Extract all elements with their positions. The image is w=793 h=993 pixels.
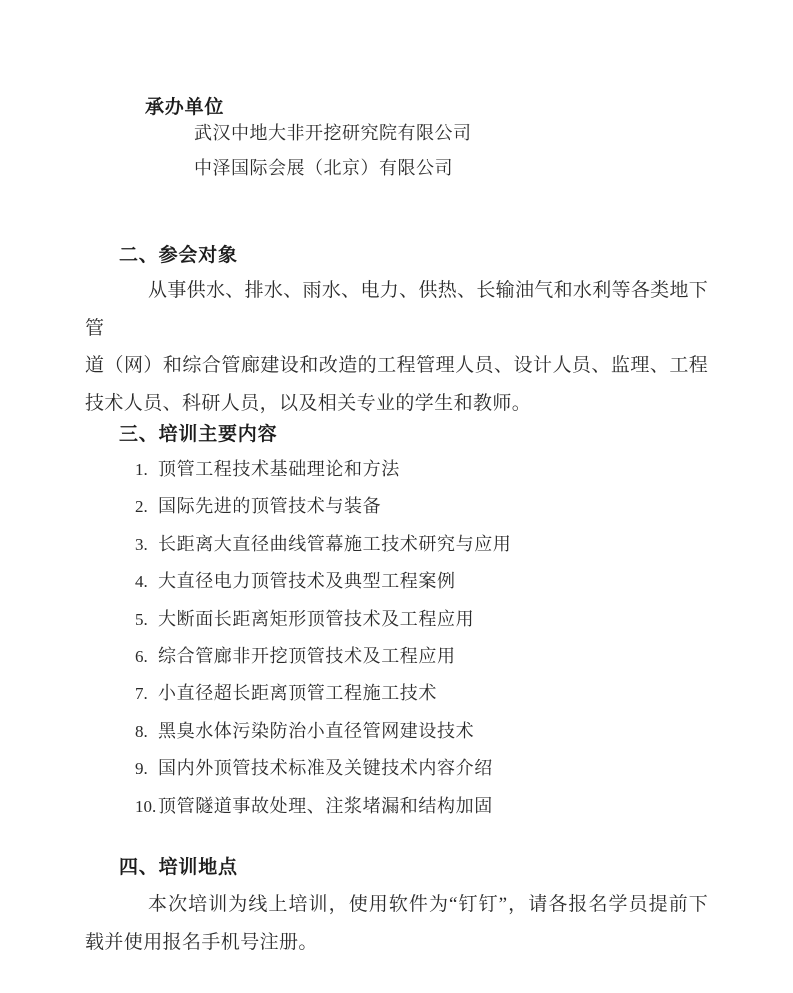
list-item-number: 2. <box>135 488 148 525</box>
list-item-number: 7. <box>135 675 148 712</box>
list-item-number: 10. <box>135 788 156 825</box>
list-item-number: 1. <box>135 451 148 488</box>
list-item-number: 4. <box>135 563 148 600</box>
list-item-text: 大断面长距离矩形顶管技术及工程应用 <box>158 609 474 629</box>
section-heading-participants: 二、参会对象 <box>119 246 238 265</box>
list-item-text: 综合管廊非开挖顶管技术及工程应用 <box>158 646 456 666</box>
list-item: 4. 大直径电力顶管技术及典型工程案例 <box>135 563 735 600</box>
list-item-number: 5. <box>135 601 148 638</box>
list-item: 1. 顶管工程技术基础理论和方法 <box>135 451 735 488</box>
list-item-number: 9. <box>135 750 148 787</box>
list-item-text: 国际先进的顶管技术与装备 <box>158 496 381 516</box>
list-item: 10. 顶管隧道事故处理、注浆堵漏和结构加固 <box>135 788 735 825</box>
document-page: 承办单位 武汉中地大非开挖研究院有限公司 中泽国际会展（北京）有限公司 二、参会… <box>0 0 793 993</box>
list-item: 8. 黑臭水体污染防治小直径管网建设技术 <box>135 713 735 750</box>
list-item-number: 8. <box>135 713 148 750</box>
list-item-text: 黑臭水体污染防治小直径管网建设技术 <box>158 721 474 741</box>
list-item-text: 大直径电力顶管技术及典型工程案例 <box>158 571 456 591</box>
organizer-company-2: 中泽国际会展（北京）有限公司 <box>194 151 453 186</box>
list-item: 9. 国内外顶管技术标准及关键技术内容介绍 <box>135 750 735 787</box>
participants-paragraph: 从事供水、排水、雨水、电力、供热、长输油气和水利等各类地下管 道（网）和综合管廊… <box>85 272 708 422</box>
list-item-text: 国内外顶管技术标准及关键技术内容介绍 <box>158 758 493 778</box>
paragraph-line: 载并使用报名手机号注册。 <box>85 924 708 962</box>
list-item-number: 3. <box>135 526 148 563</box>
list-item-text: 顶管隧道事故处理、注浆堵漏和结构加固 <box>158 796 493 816</box>
list-item: 3. 长距离大直径曲线管幕施工技术研究与应用 <box>135 526 735 563</box>
organizer-company-1: 武汉中地大非开挖研究院有限公司 <box>194 116 472 151</box>
list-item-text: 长距离大直径曲线管幕施工技术研究与应用 <box>158 534 511 554</box>
list-item: 5. 大断面长距离矩形顶管技术及工程应用 <box>135 601 735 638</box>
section-heading-training-content: 三、培训主要内容 <box>119 425 277 444</box>
location-paragraph: 本次培训为线上培训，使用软件为“钉钉”，请各报名学员提前下 载并使用报名手机号注… <box>85 886 708 961</box>
paragraph-line: 本次培训为线上培训，使用软件为“钉钉”，请各报名学员提前下 <box>85 886 708 924</box>
paragraph-line: 从事供水、排水、雨水、电力、供热、长输油气和水利等各类地下管 <box>85 272 708 347</box>
list-item-text: 小直径超长距离顶管工程施工技术 <box>158 683 437 703</box>
list-item: 7. 小直径超长距离顶管工程施工技术 <box>135 675 735 712</box>
list-item: 2. 国际先进的顶管技术与装备 <box>135 488 735 525</box>
organizer-heading: 承办单位 <box>145 98 224 117</box>
list-item-number: 6. <box>135 638 148 675</box>
paragraph-line: 技术人员、科研人员，以及相关专业的学生和教师。 <box>85 385 708 423</box>
paragraph-line: 道（网）和综合管廊建设和改造的工程管理人员、设计人员、监理、工程 <box>85 347 708 385</box>
list-item-text: 顶管工程技术基础理论和方法 <box>158 459 400 479</box>
list-item: 6. 综合管廊非开挖顶管技术及工程应用 <box>135 638 735 675</box>
section-heading-location: 四、培训地点 <box>119 858 238 877</box>
training-content-list: 1. 顶管工程技术基础理论和方法 2. 国际先进的顶管技术与装备 3. 长距离大… <box>135 451 735 825</box>
